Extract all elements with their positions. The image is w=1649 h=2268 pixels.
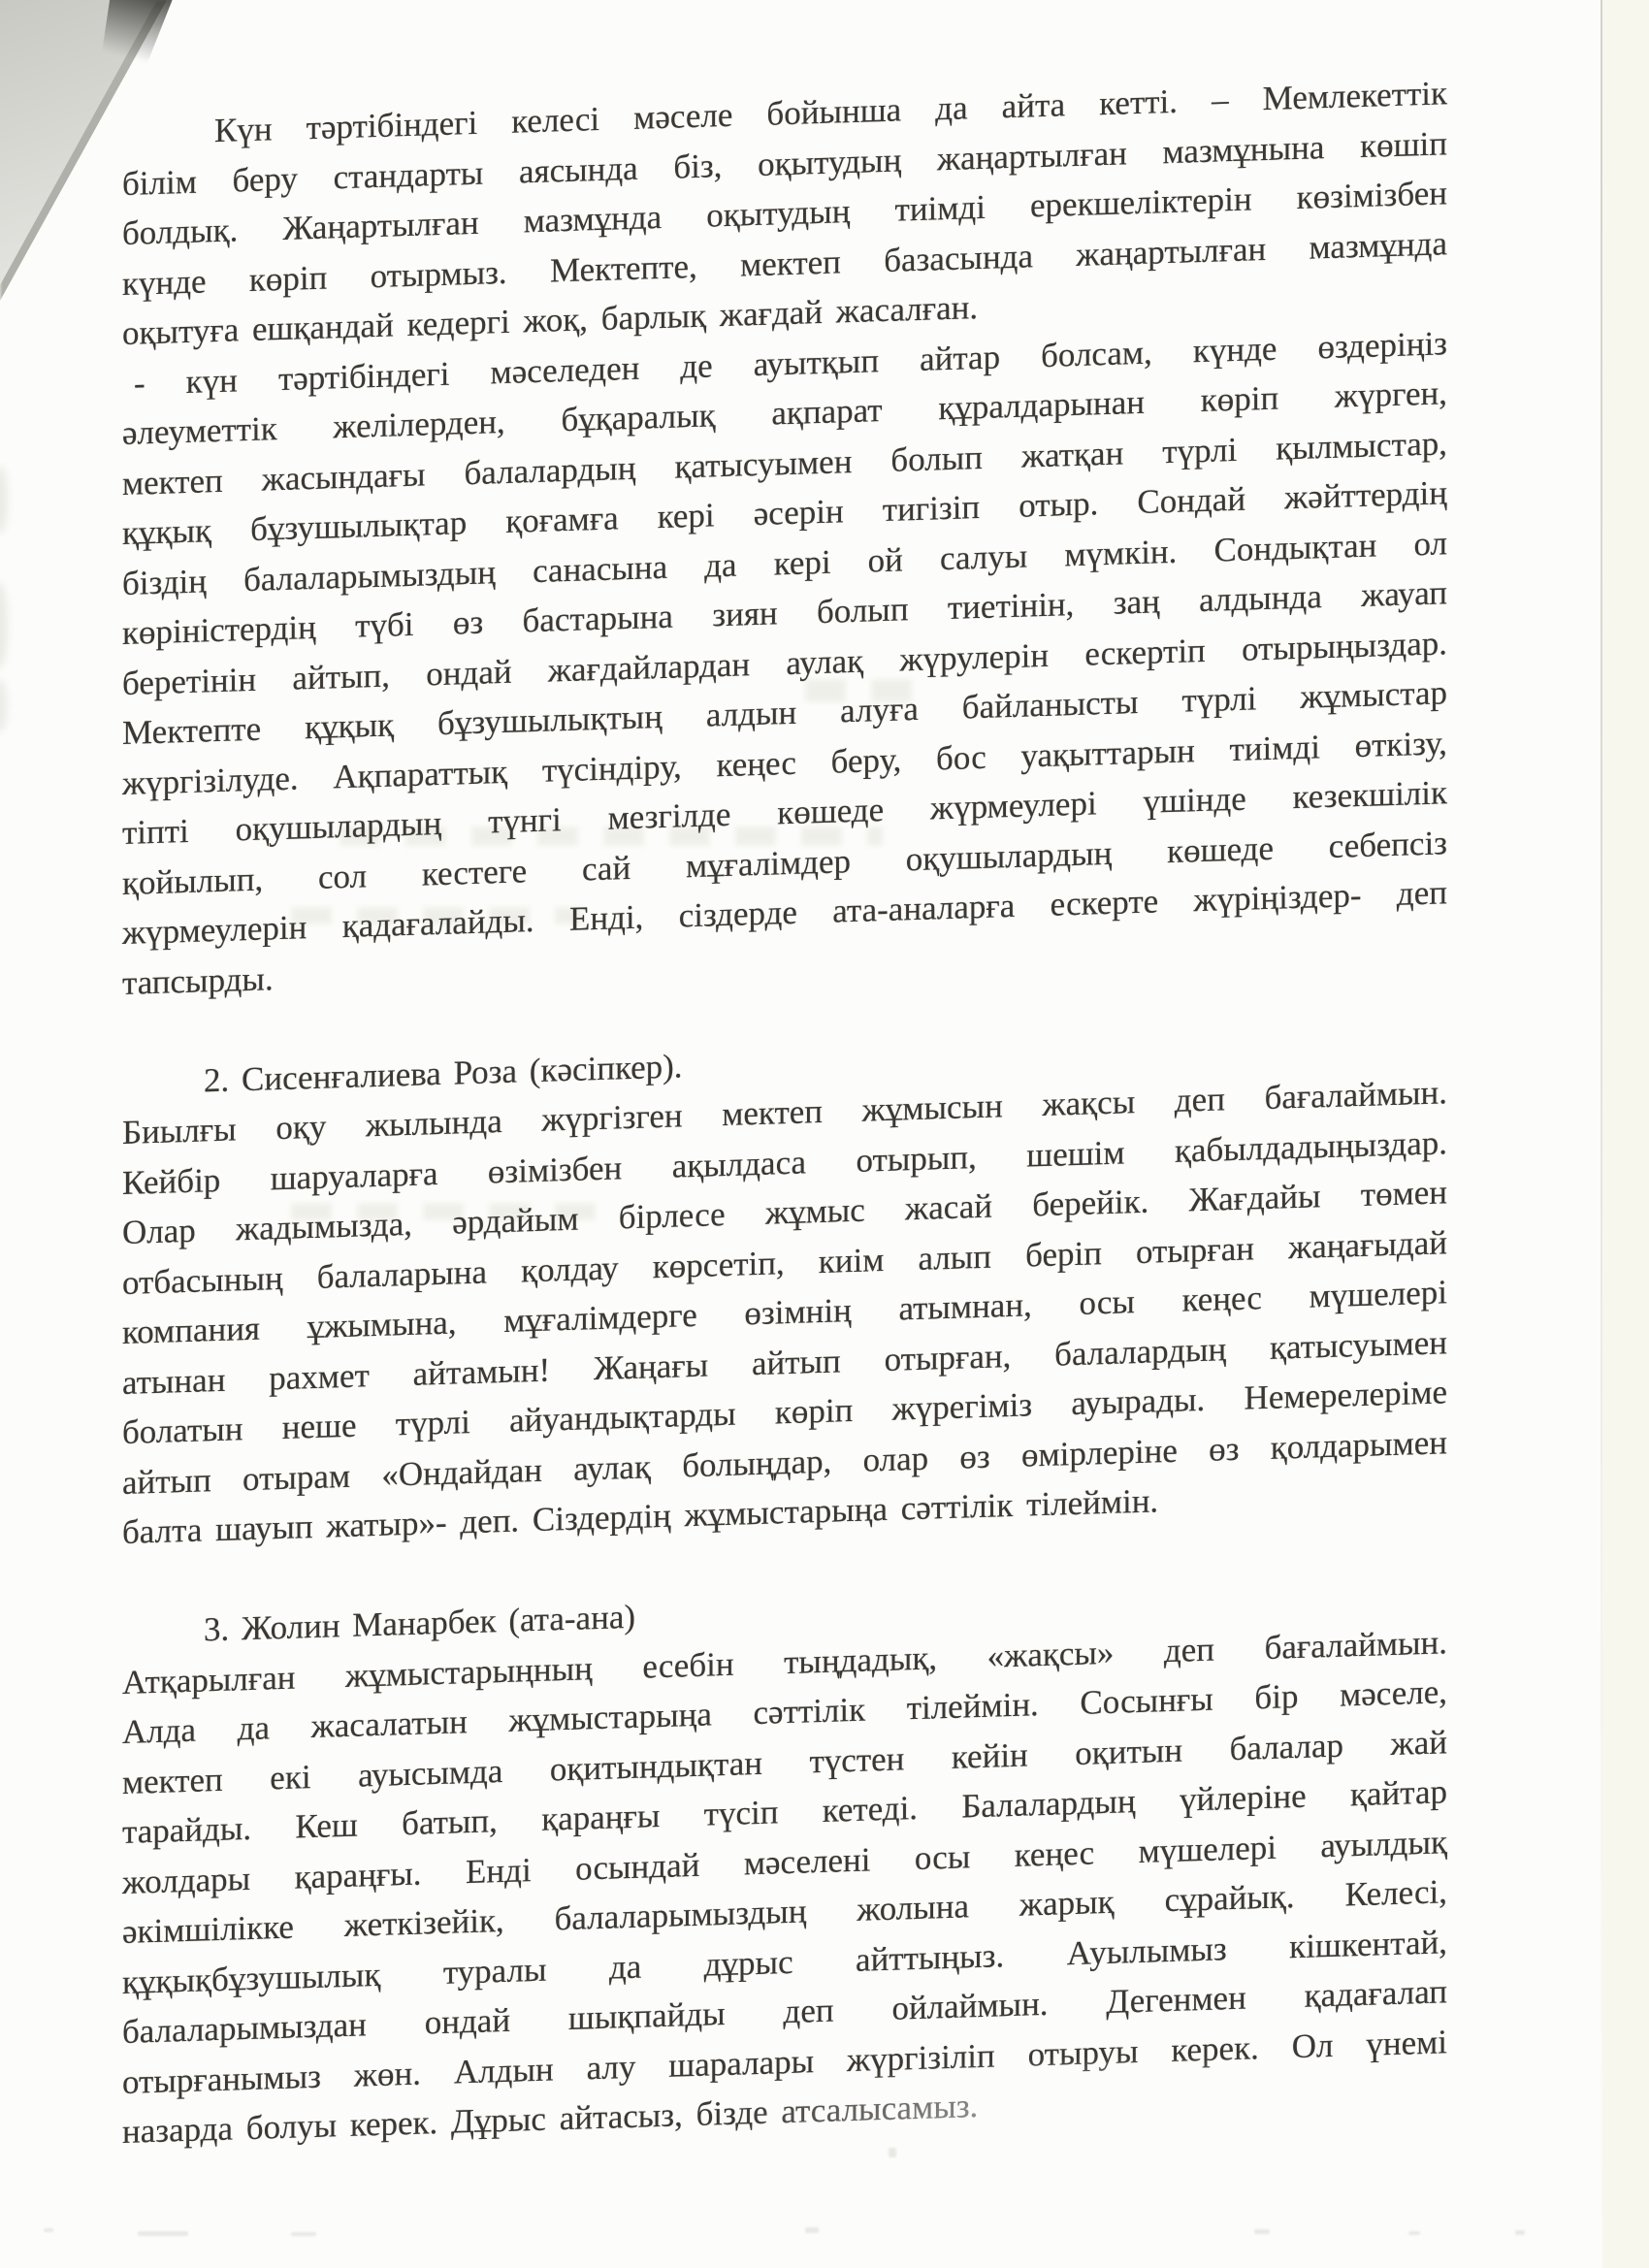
scanned-page: Күн тәртібіндегі келесі мәселе бойынша д… xyxy=(0,0,1649,2268)
paper-edge-strip xyxy=(1602,0,1649,2268)
scan-speck xyxy=(1254,2229,1270,2234)
text-block: Күн тәртібіндегі келесі мәселе бойынша д… xyxy=(122,68,1447,2156)
scan-smudge xyxy=(0,466,8,534)
scan-smudge xyxy=(0,679,7,732)
scan-speck xyxy=(1408,2231,1420,2235)
scan-speck xyxy=(138,2231,188,2236)
scan-speck xyxy=(889,2148,896,2157)
scan-speck xyxy=(44,2228,53,2232)
scan-speck xyxy=(805,2227,819,2233)
scan-smudge xyxy=(0,582,8,669)
paper-seam-line xyxy=(1600,0,1602,2268)
scan-speck xyxy=(1515,2230,1525,2235)
scan-speck xyxy=(291,2232,316,2236)
